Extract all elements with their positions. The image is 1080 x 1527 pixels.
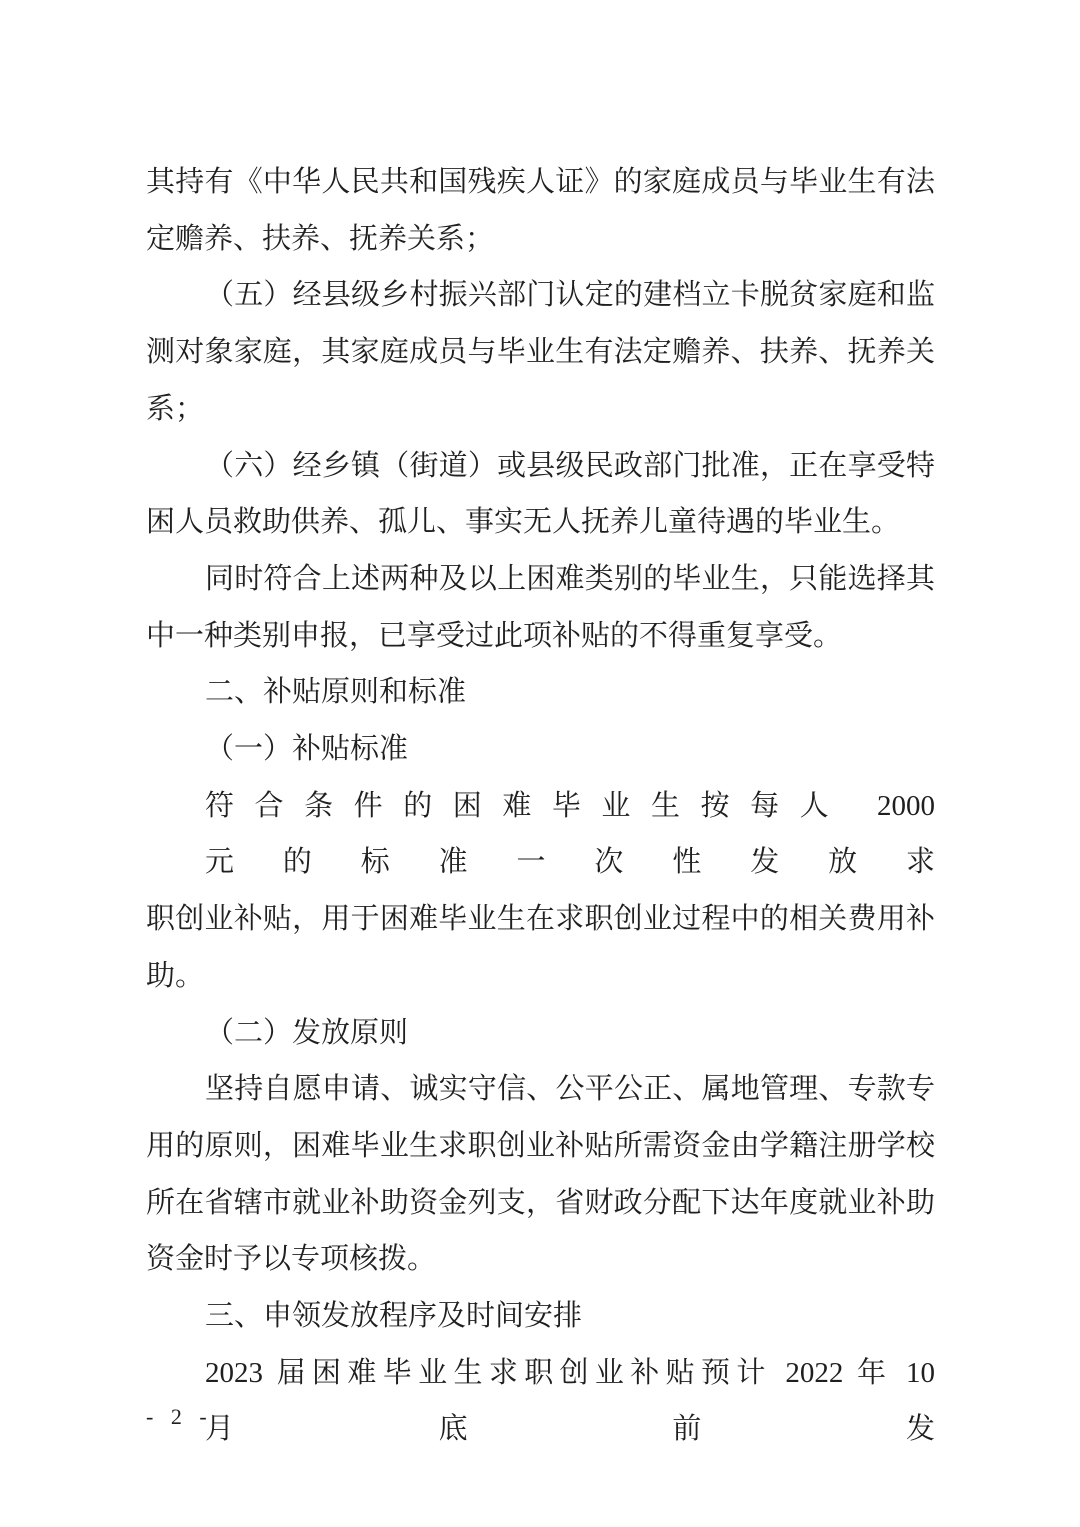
- section-heading: 二、补贴原则和标准: [146, 664, 935, 721]
- text-line: 系；: [146, 381, 935, 438]
- page-number: - 2 -: [146, 1404, 213, 1430]
- paragraph: （五）经县级乡村振兴部门认定的建档立卡脱贫家庭和监测对象家庭，其家庭成员与毕业生…: [146, 267, 935, 437]
- document-body: 其持有《中华人民共和国残疾人证》的家庭成员与毕业生有法定赡养、扶养、抚养关系；（…: [146, 154, 935, 1458]
- text-line: 二、补贴原则和标准: [146, 664, 935, 721]
- text-line: 职创业补贴，用于困难毕业生在求职创业过程中的相关费用补: [146, 891, 935, 948]
- section-heading: （一）补贴标准: [146, 721, 935, 778]
- text-line: 所在省辖市就业补助资金列支，省财政分配下达年度就业补助: [146, 1175, 935, 1232]
- text-line: 中一种类别申报，已享受过此项补贴的不得重复享受。: [146, 608, 935, 665]
- text-line: （一）补贴标准: [146, 721, 935, 778]
- document-page: 其持有《中华人民共和国残疾人证》的家庭成员与毕业生有法定赡养、扶养、抚养关系；（…: [0, 0, 1080, 1527]
- text-line: 符合条件的困难毕业生按每人 2000 元的标准一次性发放求: [146, 778, 935, 891]
- section-heading: 三、申领发放程序及时间安排: [146, 1288, 935, 1345]
- text-line: 其持有《中华人民共和国残疾人证》的家庭成员与毕业生有法: [146, 154, 935, 211]
- text-line: 坚持自愿申请、诚实守信、公平公正、属地管理、专款专: [146, 1061, 935, 1118]
- text-line: 资金时予以专项核拨。: [146, 1231, 935, 1288]
- text-line: 用的原则，困难毕业生求职创业补贴所需资金由学籍注册学校: [146, 1118, 935, 1175]
- text-line: 困人员救助供养、孤儿、事实无人抚养儿童待遇的毕业生。: [146, 494, 935, 551]
- text-line: （二）发放原则: [146, 1005, 935, 1062]
- text-line: （五）经县级乡村振兴部门认定的建档立卡脱贫家庭和监: [146, 267, 935, 324]
- paragraph: 符合条件的困难毕业生按每人 2000 元的标准一次性发放求职创业补贴，用于困难毕…: [146, 778, 935, 1005]
- paragraph: 2023 届困难毕业生求职创业补贴预计 2022 年 10 月底前发: [146, 1345, 935, 1458]
- paragraph: 同时符合上述两种及以上困难类别的毕业生，只能选择其中一种类别申报，已享受过此项补…: [146, 551, 935, 664]
- paragraph: 其持有《中华人民共和国残疾人证》的家庭成员与毕业生有法定赡养、扶养、抚养关系；: [146, 154, 935, 267]
- text-line: 定赡养、扶养、抚养关系；: [146, 211, 935, 268]
- text-line: （六）经乡镇（街道）或县级民政部门批准，正在享受特: [146, 438, 935, 495]
- text-line: 测对象家庭，其家庭成员与毕业生有法定赡养、扶养、抚养关: [146, 324, 935, 381]
- paragraph: 坚持自愿申请、诚实守信、公平公正、属地管理、专款专用的原则，困难毕业生求职创业补…: [146, 1061, 935, 1288]
- text-line: 助。: [146, 948, 935, 1005]
- section-heading: （二）发放原则: [146, 1005, 935, 1062]
- paragraph: （六）经乡镇（街道）或县级民政部门批准，正在享受特困人员救助供养、孤儿、事实无人…: [146, 438, 935, 551]
- text-line: 2023 届困难毕业生求职创业补贴预计 2022 年 10 月底前发: [146, 1345, 935, 1458]
- text-line: 三、申领发放程序及时间安排: [146, 1288, 935, 1345]
- text-line: 同时符合上述两种及以上困难类别的毕业生，只能选择其: [146, 551, 935, 608]
